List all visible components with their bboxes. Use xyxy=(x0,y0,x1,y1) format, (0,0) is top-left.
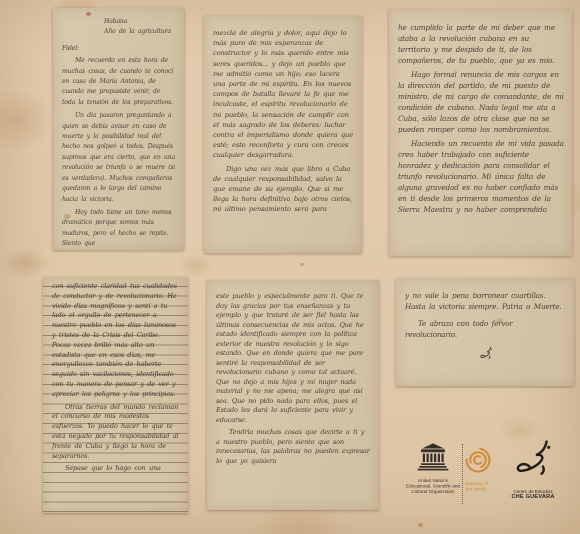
salutation: Fidel: xyxy=(62,44,176,54)
paragraph: he cumplido la parte de mi deber que me … xyxy=(398,22,564,66)
scanned-letter-collage: Habana Año de la agricultura Fidel: Me r… xyxy=(0,0,580,534)
paragraph: Hago formal renuncia de mis cargos en la… xyxy=(398,69,564,135)
paragraph: Sépase que lo hago con una xyxy=(52,464,180,474)
che-guevara-center-logo: Centro de Estudios CHE GUEVARA xyxy=(506,438,560,500)
paragraph: Digo una vez más que libro a Cuba de cua… xyxy=(213,164,354,215)
date-line: Año de la agricultura xyxy=(104,27,176,37)
letter-page-1: Habana Año de la agricultura Fidel: Me r… xyxy=(53,8,184,250)
letter-page-3: he cumplido la parte de mi deber que me … xyxy=(389,10,572,256)
che-signature xyxy=(405,346,566,363)
unesco-label-line: Cultural Organization xyxy=(402,490,465,495)
paper-stain xyxy=(300,263,304,266)
paragraph: Hoy todo tiene un tono menos dramático p… xyxy=(62,208,176,250)
letter-page-6: y no vale la pena borronear cuartillas. … xyxy=(396,278,574,386)
paragraph: Tendría muchas cosas que decirte a ti y … xyxy=(216,428,371,466)
che-signature-icon xyxy=(478,346,494,360)
che-center-label-line: CHE GUEVARA xyxy=(506,494,560,500)
paragraph: Un día pasaron preguntando a quien se de… xyxy=(62,111,176,205)
paragraph: mezcla de alegría y dolor, aquí dejo lo … xyxy=(213,28,354,161)
place-line: Habana xyxy=(104,17,176,27)
paragraph: Haciendo un recuento de mi vida pasada c… xyxy=(398,138,564,215)
che-signature-icon xyxy=(511,438,555,478)
memory-label-line: the World xyxy=(466,487,495,492)
paragraph: y no vale la pena borronear cuartillas. … xyxy=(405,290,566,312)
memory-of-the-world-logo: Memory of the World xyxy=(464,446,498,494)
unesco-logo: United Nations Educational, Scientific a… xyxy=(399,442,467,496)
unesco-temple-icon xyxy=(416,442,450,472)
paragraph: con suficiente claridad tus cualidades d… xyxy=(52,282,180,400)
letter-page-5: este pueblo y especialmente para ti. Que… xyxy=(207,280,379,510)
letter-page-4: con suficiente claridad tus cualidades d… xyxy=(43,277,188,513)
memory-spiral-icon xyxy=(464,446,492,474)
letter-page-2: mezcla de alegría y dolor, aquí dejo lo … xyxy=(204,16,362,253)
paragraph: Me recuerdo en esta hora de muchas cosas… xyxy=(62,56,176,108)
dotted-separator xyxy=(462,444,463,504)
paper-stain xyxy=(418,523,423,527)
paragraph: este pueblo y especialmente para ti. Que… xyxy=(216,292,371,425)
paragraph: Otras tierras del mundo reclaman el conc… xyxy=(52,403,180,462)
paragraph: Te abraza con todo fervor revolucionario… xyxy=(405,318,566,340)
